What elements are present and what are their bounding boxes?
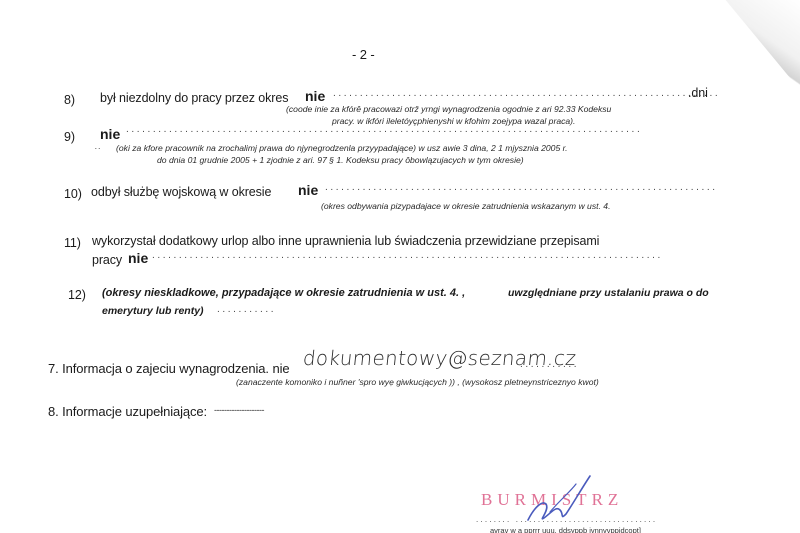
dotted-line: ........................................… bbox=[325, 182, 718, 193]
section-note: (zanaczente komoniko i nuñner 'spro wyẹ … bbox=[236, 377, 599, 387]
item-label: był niezdolny do pracy przez okres bbox=[100, 91, 288, 105]
item-note: (okres odbywania pizypadajace w okresie … bbox=[321, 201, 610, 211]
dotted-line: ........................................… bbox=[333, 88, 720, 99]
item-number: 10) bbox=[64, 187, 82, 201]
dotted-line: ........................................… bbox=[126, 124, 642, 135]
item-number: 12) bbox=[68, 288, 86, 302]
item-note: do dnia 01 grudnie 2005 + 1 zjodnie z ar… bbox=[157, 155, 524, 165]
signature-caption: avrav w a pprrr uuu. ddsyppb ivnnvvppidc… bbox=[490, 526, 641, 533]
item-label-line2: emerytury lub renty) bbox=[102, 305, 204, 317]
item-answer: nie bbox=[298, 182, 318, 198]
dotted-line: ........................................… bbox=[152, 250, 663, 261]
item-suffix: .dni bbox=[688, 86, 708, 100]
section-label: 7. Informacja o zajeciu wynagrodzenia. n… bbox=[48, 361, 290, 376]
section-label: 8. Informacje uzupełniające: bbox=[48, 404, 207, 419]
item-label: (okresy nieskladkowe, przypadające w okr… bbox=[102, 287, 465, 299]
item-number: 8) bbox=[64, 93, 75, 107]
item-answer: nie bbox=[128, 250, 148, 266]
item-note: (oki za kfore pracownik na zrochalimj pr… bbox=[116, 143, 568, 153]
item-label: wykorzystał dodatkowy urlop albo inne up… bbox=[92, 234, 599, 248]
item-number: 11) bbox=[64, 236, 81, 250]
dotted-line: ........... bbox=[520, 359, 579, 370]
dashed-line: -------------------- bbox=[214, 405, 264, 415]
signature-dotted-line: ........ ...............................… bbox=[476, 515, 657, 524]
page-number: - 2 - bbox=[352, 47, 375, 62]
item-note: (coode inie za kfórê pracowazi otrž yrng… bbox=[286, 104, 611, 114]
item-answer: nie bbox=[305, 88, 325, 104]
dotted-line: ........... bbox=[217, 304, 276, 315]
item-label: odbył służbę wojskową w okresie bbox=[91, 185, 271, 199]
note-prefix: .. bbox=[95, 141, 102, 151]
item-number: 9) bbox=[64, 130, 75, 144]
item-label-cont: uwzględniane przy ustalaniu prawa o do bbox=[508, 287, 709, 299]
page-curl-shadow bbox=[680, 0, 800, 90]
item-answer: nie bbox=[100, 126, 120, 142]
item-label-line2: pracy bbox=[92, 253, 122, 267]
